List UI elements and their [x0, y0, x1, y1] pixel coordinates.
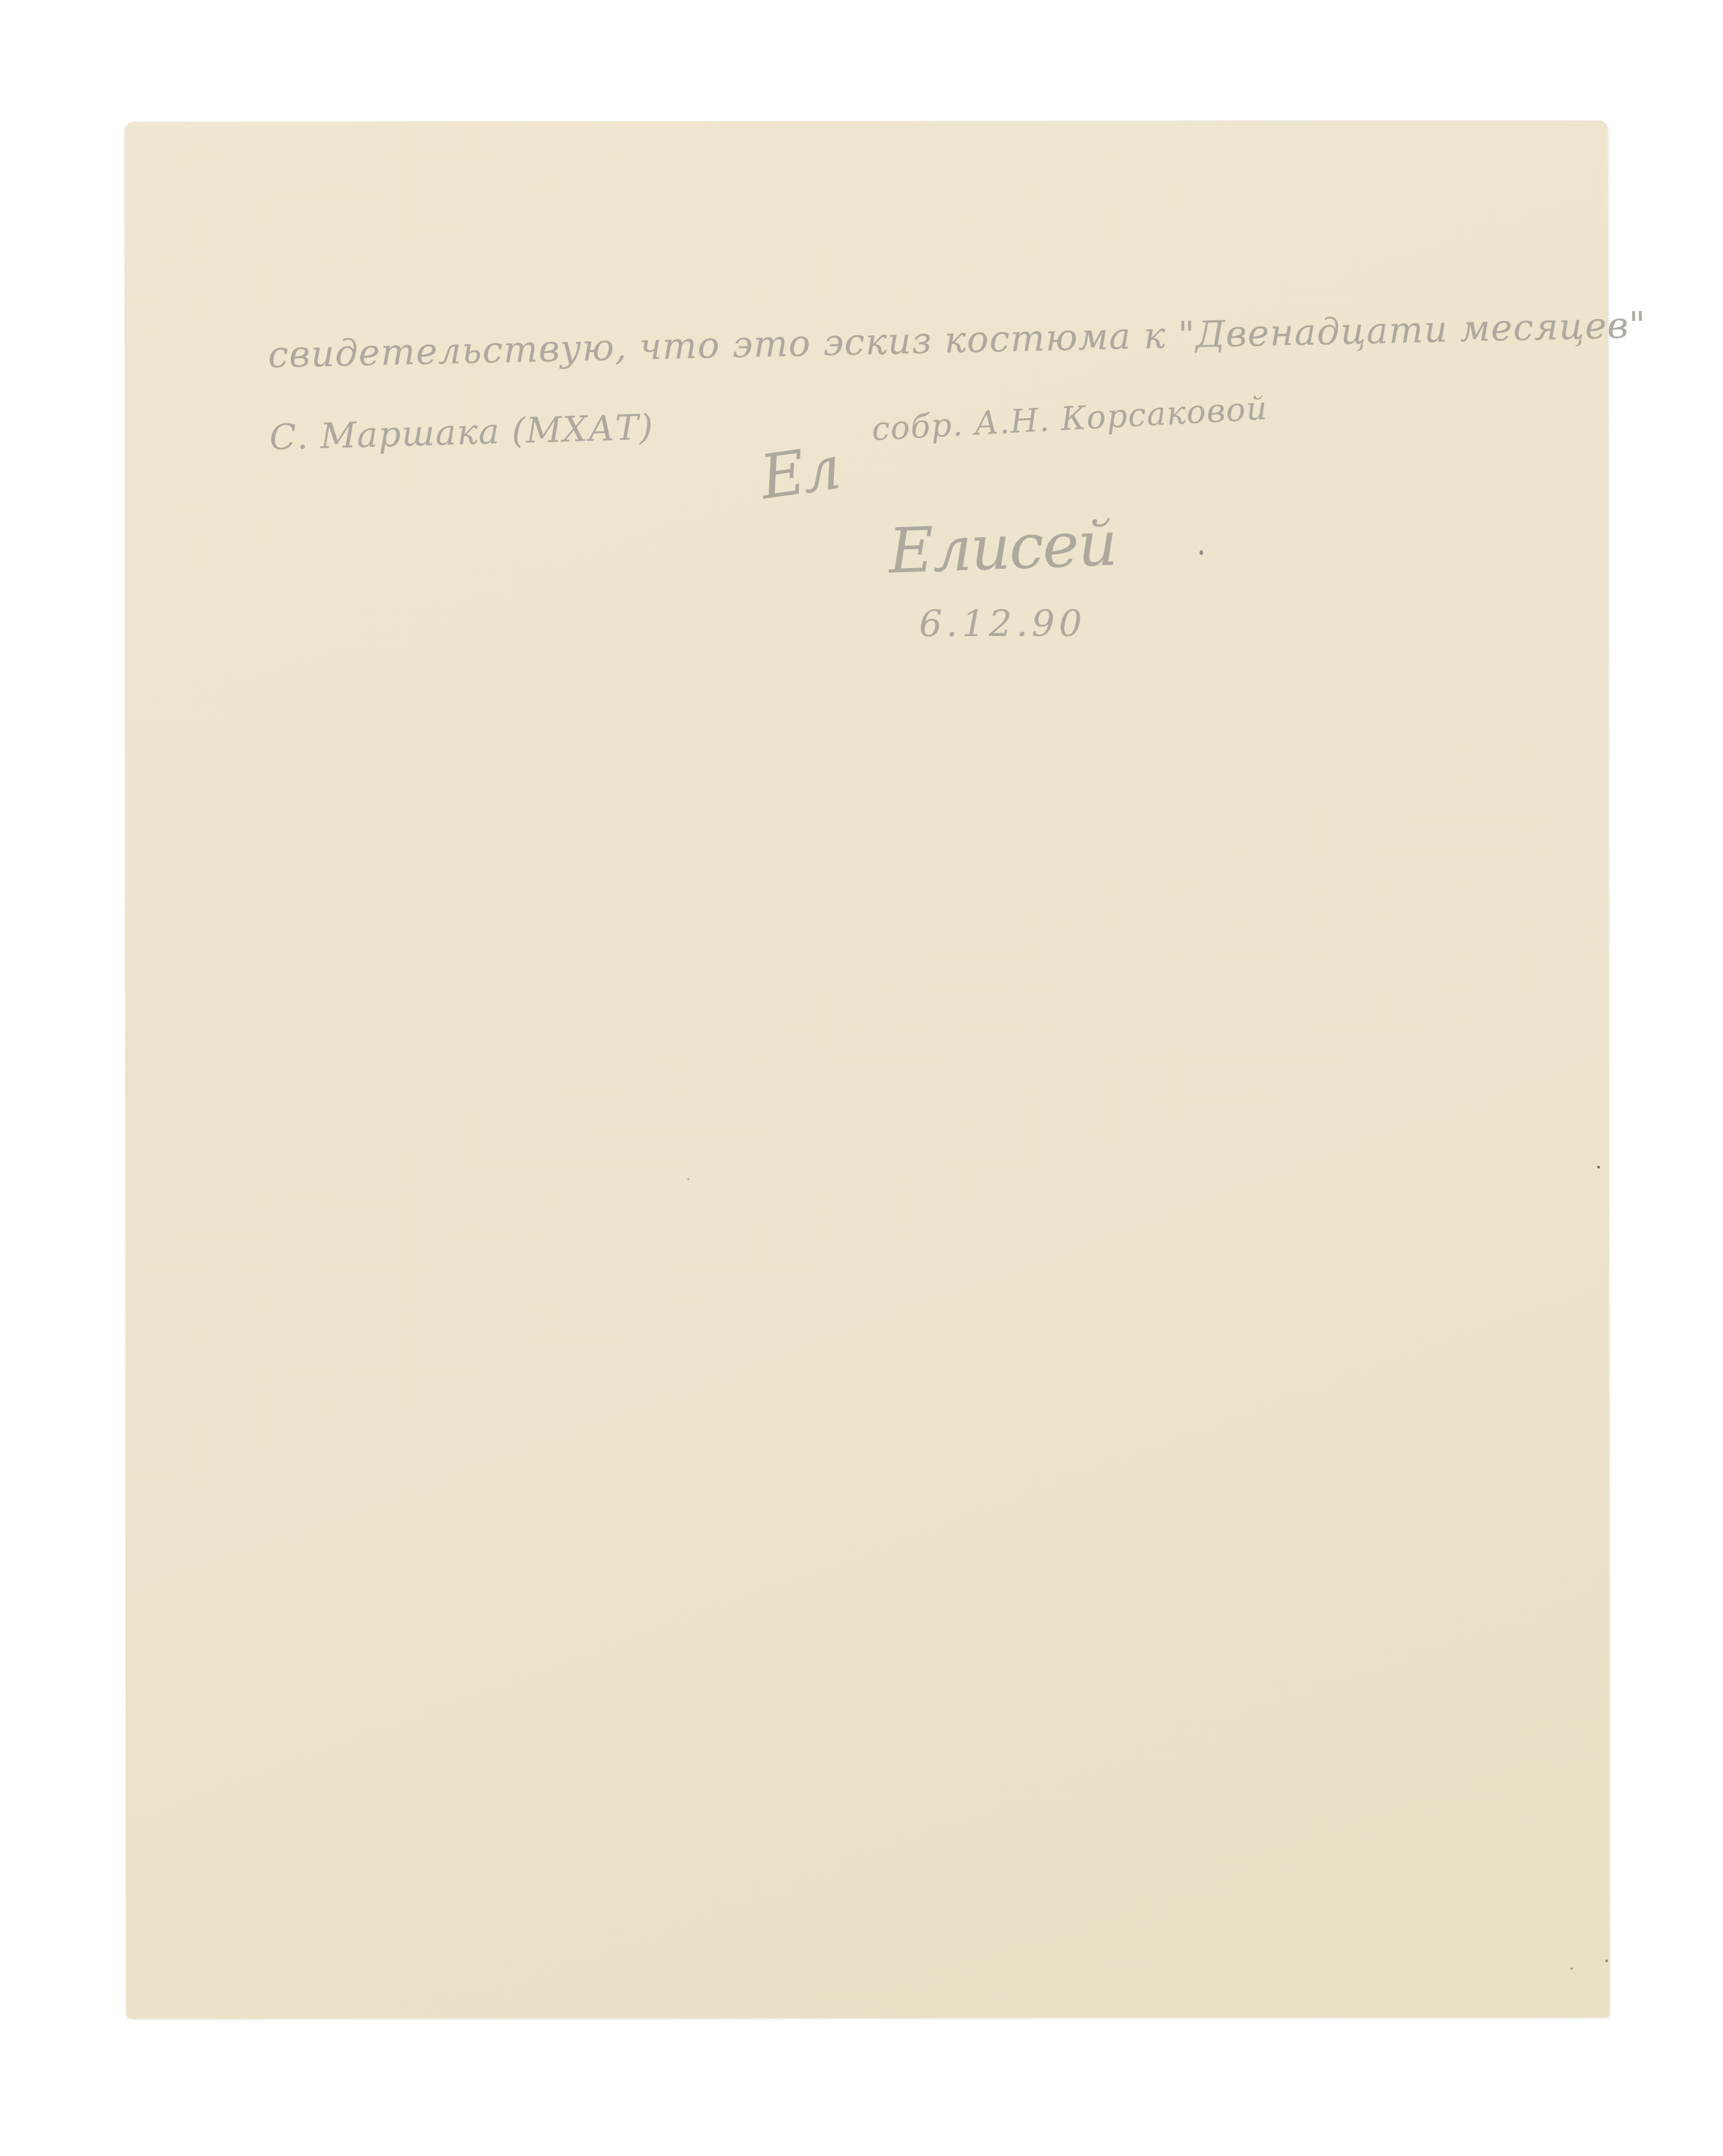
paper-speck — [687, 1178, 689, 1180]
inscription-line-1: свидетельствую, что это эскиз костюма к … — [267, 304, 1646, 376]
paper-speck — [1597, 1166, 1600, 1169]
signature: Елисей — [888, 508, 1118, 588]
inscription-date: 6.12.90 — [919, 602, 1086, 645]
pencil-dot-mark — [1199, 551, 1203, 555]
paper-speck — [1605, 1959, 1608, 1962]
paper-sheet: свидетельствую, что это эскиз костюма к … — [125, 120, 1609, 2019]
inscription-line-2: С. Маршака (МХАТ) — [269, 407, 654, 458]
collection-note: собр. А.Н. Корсаковой — [871, 390, 1269, 448]
initials-mark: Ел — [756, 433, 843, 514]
paper-speck — [1570, 1968, 1573, 1970]
